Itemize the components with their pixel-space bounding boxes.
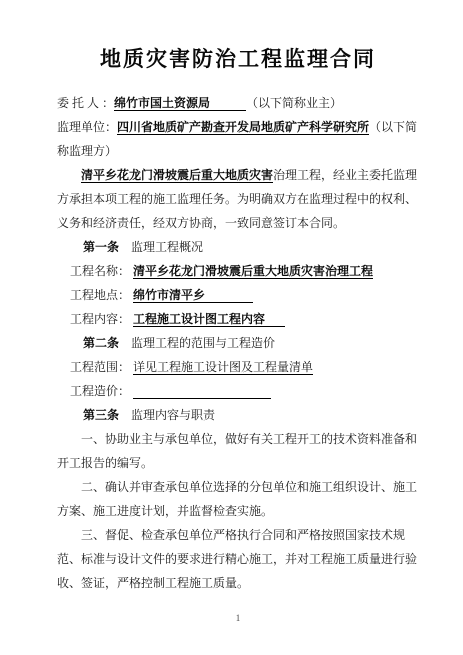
article-number: 第二条 [83, 336, 119, 350]
article-1-heading: 第一条监理工程概况 [57, 235, 419, 259]
blank-underline [265, 321, 285, 323]
party-name-underlined: 四川省地质矿产勘查开发局地质矿产科学研究所 [117, 120, 369, 135]
field-label: 工程范围： [70, 360, 130, 374]
field-value: 清平乡花龙门滑坡震后重大地质灾害治理工程 [133, 264, 373, 278]
field-label: 工程内容： [70, 312, 130, 326]
field-label: 工程名称： [70, 264, 130, 278]
party-row-client: 委 托 人 ：绵竹市国土资源局（以下简称业主） [57, 91, 419, 115]
field-project-content: 工程内容：工程施工设计图工程内容 [57, 307, 419, 331]
clause-2: 二、确认并审查承包单位选择的分包单位和施工组织设计、施工方案、施工进度计划，并监… [57, 475, 419, 523]
field-project-cost: 工程造价： [57, 379, 419, 403]
article-2-heading: 第二条监理工程的范围与工程造价 [57, 331, 419, 355]
project-name-highlight: 清平乡花龙门滑坡震后重大地质灾害 [81, 168, 273, 183]
page-footer: 1 [57, 608, 419, 626]
blank-underline [210, 105, 246, 107]
blank-underline [133, 393, 271, 395]
article-number: 第三条 [83, 408, 119, 422]
clause-1: 一、协助业主与承包单位，做好有关工程开工的技术资料准备和开工报告的编写。 [57, 427, 419, 475]
article-title: 监理工程概况 [131, 240, 203, 254]
field-value-underlined: 详见工程施工设计图及工程量清单 [133, 360, 313, 375]
field-value-underlined: 工程施工设计图工程内容 [133, 312, 285, 327]
field-value: 工程施工设计图工程内容 [133, 312, 265, 326]
party-label: 监理单位： [57, 120, 117, 134]
contract-page: 地质灾害防治工程监理合同 委 托 人 ：绵竹市国土资源局（以下简称业主） 监理单… [0, 0, 463, 655]
field-value-underlined [133, 384, 271, 399]
field-value: 绵竹市清平乡 [133, 288, 205, 302]
article-title: 监理工程的范围与工程造价 [131, 336, 275, 350]
party-note: （以下简称业主） [246, 96, 342, 110]
field-value-underlined: 绵竹市清平乡 [133, 288, 253, 303]
clause-3: 三、督促、检查承包单位严格执行合同和严格按照国家技术规范、标准与设计文件的要求进… [57, 523, 419, 595]
article-title: 监理内容与职责 [131, 408, 215, 422]
client-name: 绵竹市国土资源局 [114, 96, 210, 110]
field-project-name: 工程名称：清平乡花龙门滑坡震后重大地质灾害治理工程 [57, 259, 419, 283]
intro-paragraph: 清平乡花龙门滑坡震后重大地质灾害治理工程，经业主委托监理方承担本项工程的施工监理… [57, 163, 419, 235]
party-label: 委 托 人 ： [57, 96, 114, 110]
article-number: 第一条 [83, 240, 119, 254]
field-label: 工程地点： [70, 288, 130, 302]
page-number: 1 [236, 613, 241, 623]
blank-underline [205, 297, 253, 299]
party-name-underlined: 绵竹市国土资源局 [114, 96, 246, 111]
document-title: 地质灾害防治工程监理合同 [57, 44, 419, 74]
field-project-location: 工程地点：绵竹市清平乡 [57, 283, 419, 307]
article-3-heading: 第三条监理内容与职责 [57, 403, 419, 427]
party-row-supervisor: 监理单位：四川省地质矿产勘查开发局地质矿产科学研究所（以下简称监理方） [57, 115, 419, 163]
field-label: 工程造价： [70, 384, 130, 398]
field-value-underlined: 清平乡花龙门滑坡震后重大地质灾害治理工程 [133, 264, 373, 279]
supervisor-name: 四川省地质矿产勘查开发局地质矿产科学研究所 [117, 120, 369, 134]
field-value: 详见工程施工设计图及工程量清单 [133, 360, 313, 374]
field-project-scope: 工程范围：详见工程施工设计图及工程量清单 [57, 355, 419, 379]
